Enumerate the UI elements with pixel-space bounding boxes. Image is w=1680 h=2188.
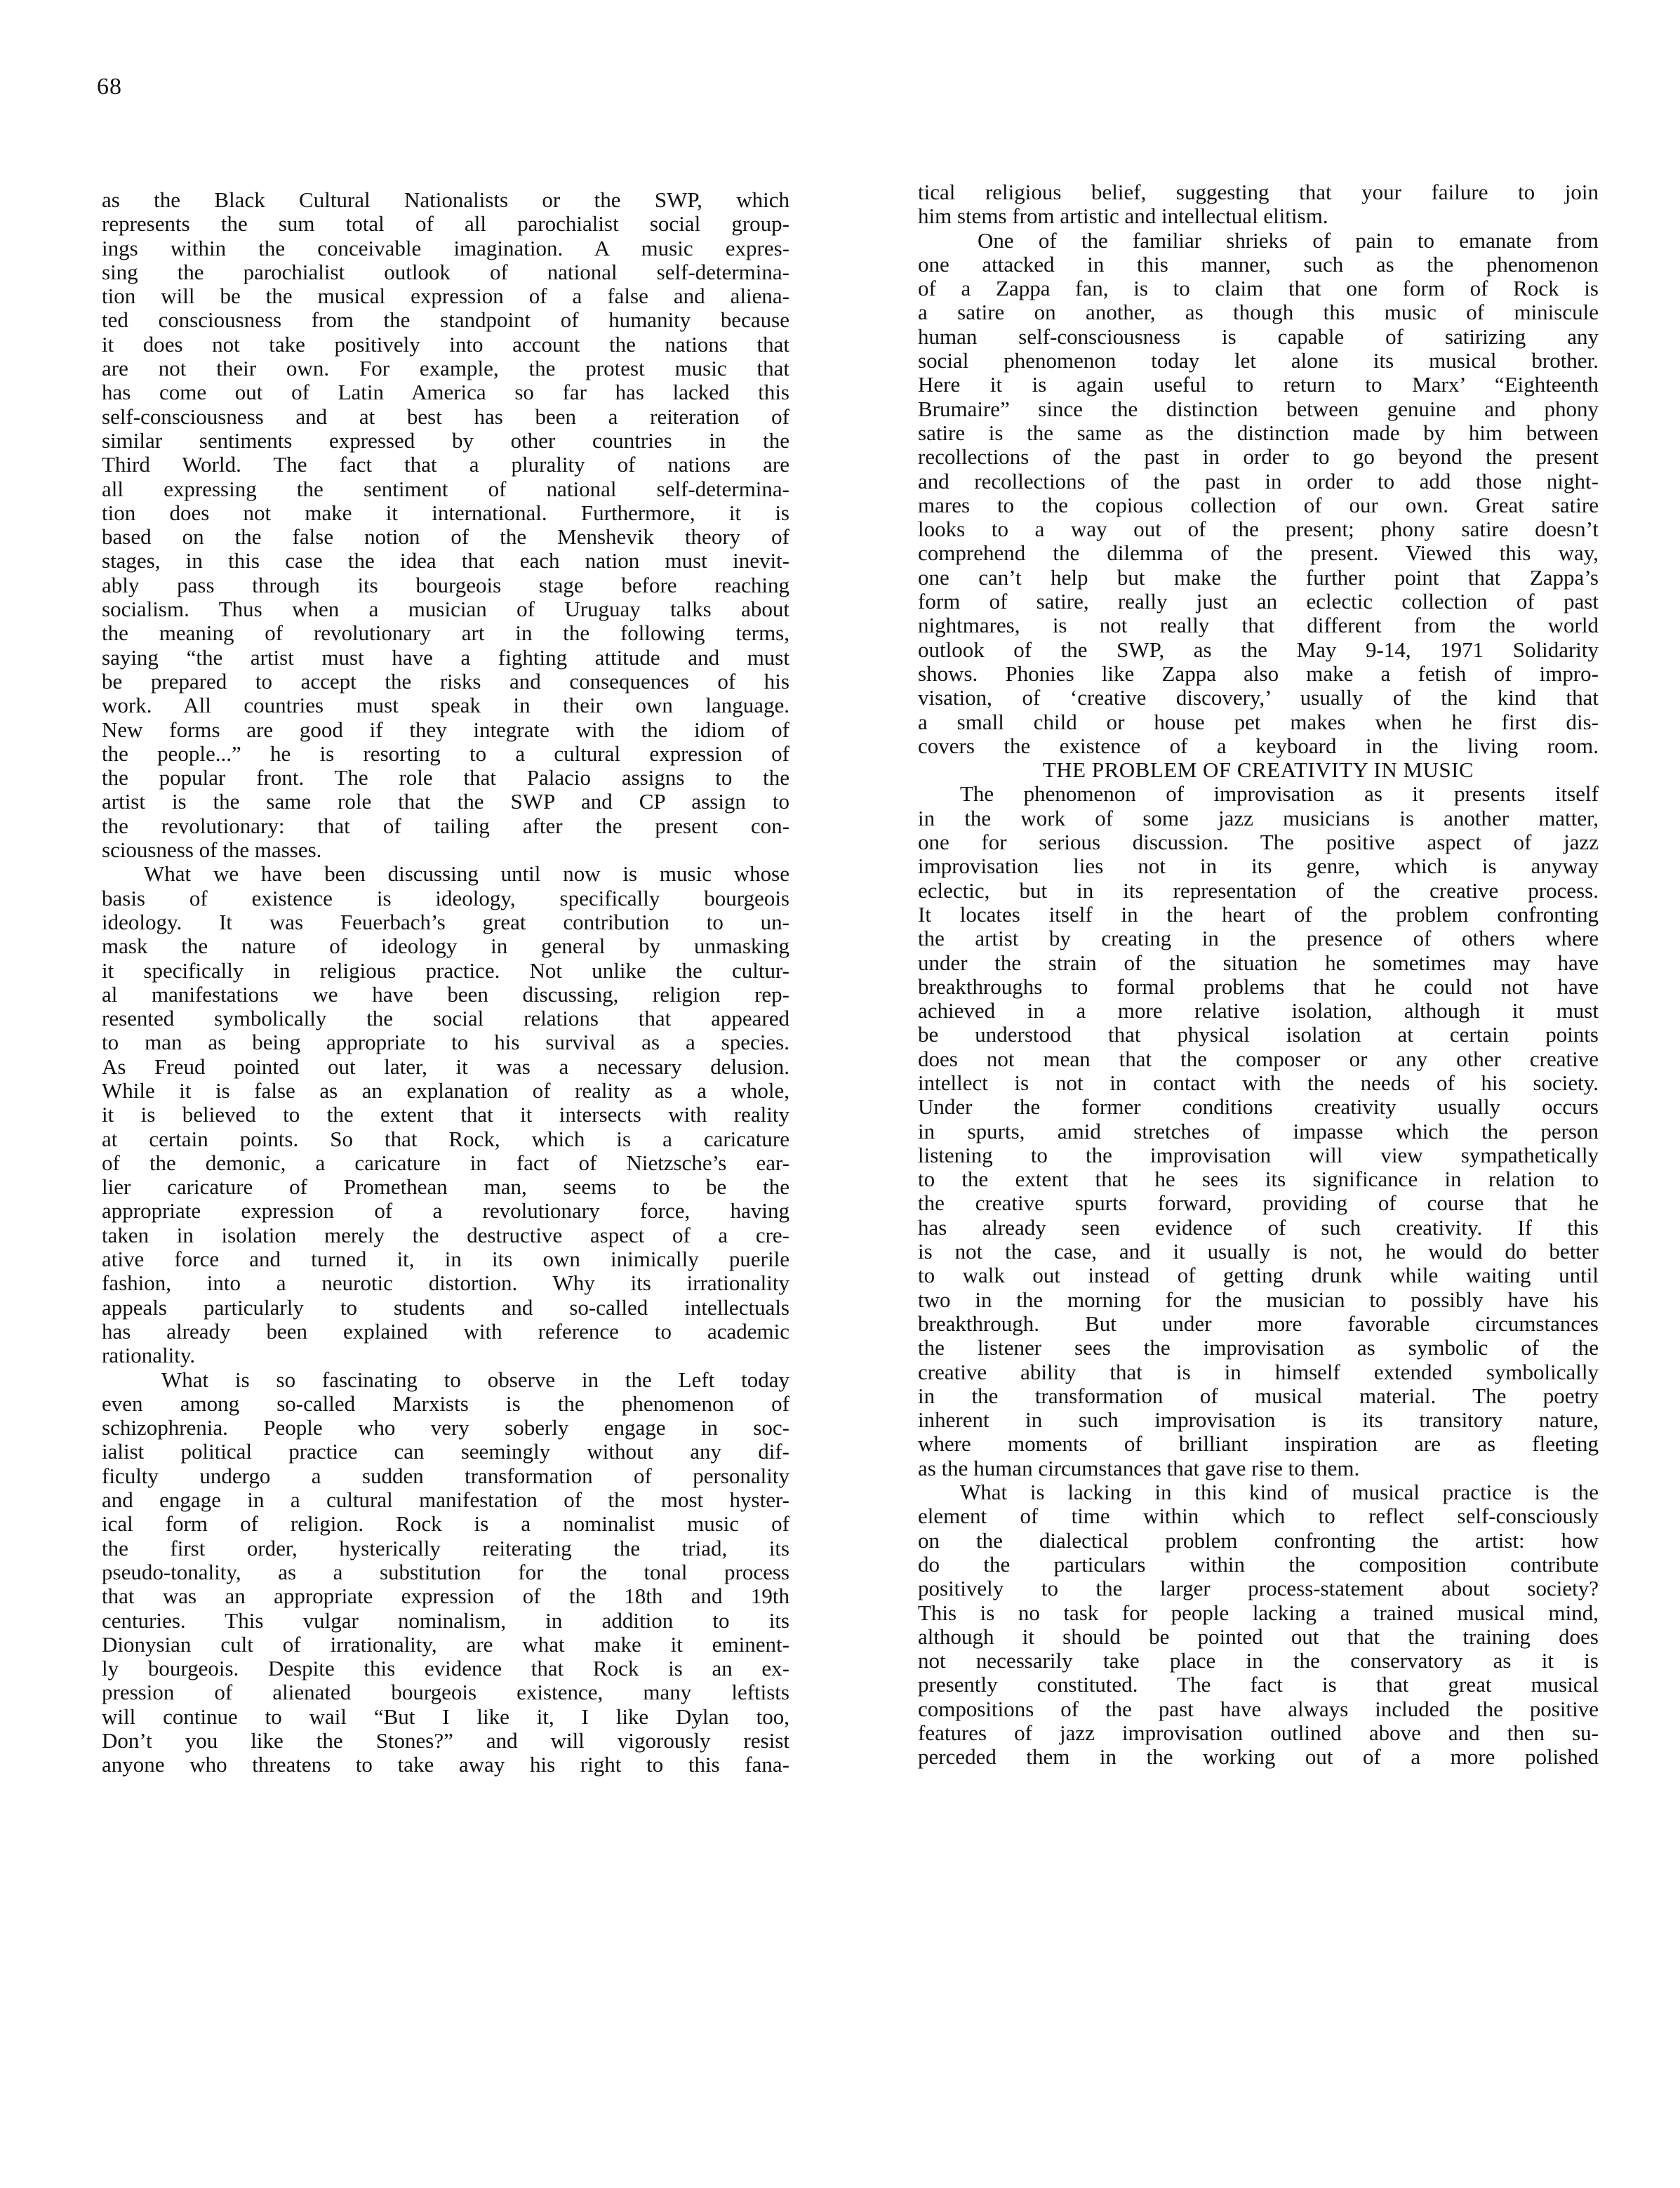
text-line: the first order, hysterically reiteratin… <box>102 1537 789 1560</box>
text-line: a small child or house pet makes when he… <box>918 710 1599 734</box>
text-line: form of satire, really just an eclectic … <box>918 590 1599 614</box>
text-line: although it should be pointed out that t… <box>918 1625 1599 1649</box>
text-line: ably pass through its bourgeois stage be… <box>102 573 789 597</box>
text-line: has come out of Latin America so far has… <box>102 380 789 404</box>
text-line: tion will be the musical expression of a… <box>102 284 789 308</box>
text-line: ical form of religion. Rock is a nominal… <box>102 1512 789 1536</box>
text-line: appeals particularly to students and so-… <box>102 1296 789 1320</box>
text-line: two in the morning for the musician to p… <box>918 1288 1599 1312</box>
text-line: ted consciousness from the standpoint of… <box>102 308 789 332</box>
right-text-column: tical religious belief, suggesting that … <box>918 180 1599 1770</box>
text-line: lier caricature of Promethean man, seems… <box>102 1175 789 1199</box>
text-line: the people...” he is resorting to a cult… <box>102 742 789 766</box>
text-line: in the work of some jazz musicians is an… <box>918 807 1599 830</box>
text-line: Don’t you like the Stones?” and will vig… <box>102 1729 789 1753</box>
text-line: Here it is again useful to return to Mar… <box>918 373 1599 397</box>
text-line: anyone who threatens to take away his ri… <box>102 1753 789 1777</box>
text-line: eclectic, but in its representation of t… <box>918 879 1599 903</box>
text-line: tical religious belief, suggesting that … <box>918 180 1599 204</box>
text-line: the popular front. The role that Palacio… <box>102 766 789 790</box>
text-line: work. All countries must speak in their … <box>102 694 789 717</box>
text-line: listening to the improvisation will view… <box>918 1143 1599 1167</box>
text-line: tion does not make it international. Fur… <box>102 501 789 525</box>
text-line: resented symbolically the social relatio… <box>102 1007 789 1030</box>
text-line: pression of alienated bourgeois existenc… <box>102 1680 789 1704</box>
text-line: One of the familiar shrieks of pain to e… <box>918 229 1599 253</box>
text-line: human self-consciousness is capable of s… <box>918 325 1599 349</box>
text-line: nightmares, is not really that different… <box>918 614 1599 637</box>
text-line: breakthroughs to formal problems that he… <box>918 975 1599 999</box>
text-line: element of time within which to reflect … <box>918 1504 1599 1528</box>
text-line: as the human circumstances that gave ris… <box>918 1457 1599 1480</box>
text-line: Under the former conditions creativity u… <box>918 1095 1599 1119</box>
text-line: saying “the artist must have a fighting … <box>102 646 789 670</box>
text-line: not necessarily take place in the conser… <box>918 1649 1599 1673</box>
text-line: self-consciousness and at best has been … <box>102 405 789 429</box>
text-line: it is believed to the extent that it int… <box>102 1103 789 1127</box>
text-line: in spurts, amid stretches of impasse whi… <box>918 1120 1599 1143</box>
text-line: ialist political practice can seemingly … <box>102 1440 789 1464</box>
text-line: covers the existence of a keyboard in th… <box>918 734 1599 758</box>
text-line: at certain points. So that Rock, which i… <box>102 1127 789 1151</box>
text-line: it specifically in religious practice. N… <box>102 959 789 983</box>
text-line: centuries. This vulgar nominalism, in ad… <box>102 1609 789 1633</box>
text-line: breakthrough. But under more favorable c… <box>918 1312 1599 1336</box>
text-line: perceded them in the working out of a mo… <box>918 1745 1599 1769</box>
text-line: intellect is not in contact with the nee… <box>918 1071 1599 1095</box>
text-line: similar sentiments expressed by other co… <box>102 429 789 453</box>
text-line: be prepared to accept the risks and cons… <box>102 670 789 694</box>
text-line: to walk out instead of getting drunk whi… <box>918 1264 1599 1287</box>
text-line: sciousness of the masses. <box>102 838 789 862</box>
text-line: the creative spurts forward, providing o… <box>918 1191 1599 1215</box>
text-line: of a Zappa fan, is to claim that one for… <box>918 277 1599 300</box>
left-text-column: as the Black Cultural Nationalists or th… <box>102 188 789 1777</box>
text-line: and recollections of the past in order t… <box>918 470 1599 493</box>
text-line: one attacked in this manner, such as the… <box>918 253 1599 277</box>
text-line: the listener sees the improvisation as s… <box>918 1336 1599 1360</box>
text-line: outlook of the SWP, as the May 9-14, 197… <box>918 638 1599 662</box>
text-line: improvisation lies not in its genre, whi… <box>918 854 1599 878</box>
text-line: the artist by creating in the presence o… <box>918 927 1599 950</box>
text-line: shows. Phonies like Zappa also make a fe… <box>918 662 1599 686</box>
text-line: mask the nature of ideology in general b… <box>102 934 789 958</box>
text-line: ings within the conceivable imagination.… <box>102 237 789 260</box>
text-line: and engage in a cultural manifestation o… <box>102 1488 789 1512</box>
text-line: New forms are good if they integrate wit… <box>102 718 789 742</box>
text-line: satire is the same as the distinction ma… <box>918 421 1599 445</box>
text-line: visation, of ‘creative discovery,’ usual… <box>918 686 1599 710</box>
text-line: While it is false as an explanation of r… <box>102 1079 789 1103</box>
text-line: inherent in such improvisation is its tr… <box>918 1408 1599 1432</box>
text-line: recollections of the past in order to go… <box>918 445 1599 469</box>
text-line: ative force and turned it, in its own in… <box>102 1247 789 1271</box>
text-line: As Freud pointed out later, it was a nec… <box>102 1055 789 1079</box>
section-heading: THE PROBLEM OF CREATIVITY IN MUSIC <box>918 758 1599 782</box>
text-line: rationality. <box>102 1344 789 1367</box>
text-line: a satire on another, as though this musi… <box>918 300 1599 324</box>
text-line: based on the false notion of the Menshev… <box>102 525 789 549</box>
text-line: stages, in this case the idea that each … <box>102 549 789 573</box>
text-line: even among so-called Marxists is the phe… <box>102 1392 789 1416</box>
text-line: social phenomenon today let alone its mu… <box>918 349 1599 373</box>
text-line: to man as being appropriate to his survi… <box>102 1030 789 1054</box>
text-line: the revolutionary: that of tailing after… <box>102 814 789 838</box>
text-line: where moments of brilliant inspiration a… <box>918 1432 1599 1456</box>
text-line: will continue to wail “But I like it, I … <box>102 1705 789 1729</box>
text-line: ly bourgeois. Despite this evidence that… <box>102 1657 789 1680</box>
text-line: artist is the same role that the SWP and… <box>102 790 789 814</box>
text-line: one for serious discussion. The positive… <box>918 830 1599 854</box>
text-line: under the strain of the situation he som… <box>918 951 1599 975</box>
text-line: Third World. The fact that a plurality o… <box>102 453 789 477</box>
text-line: is not the case, and it usually is not, … <box>918 1240 1599 1264</box>
text-line: represents the sum total of all parochia… <box>102 212 789 236</box>
text-line: basis of existence is ideology, specific… <box>102 887 789 910</box>
text-line: presently constituted. The fact is that … <box>918 1673 1599 1697</box>
text-line: taken in isolation merely the destructiv… <box>102 1224 789 1247</box>
text-line: be understood that physical isolation at… <box>918 1023 1599 1047</box>
page-number: 68 <box>97 74 122 100</box>
text-line: It locates itself in the heart of the pr… <box>918 903 1599 927</box>
text-line: What is lacking in this kind of musical … <box>918 1480 1599 1504</box>
text-line: What we have been discussing until now i… <box>102 862 789 886</box>
text-line: sing the parochialist outlook of nationa… <box>102 260 789 284</box>
text-line: ficulty undergo a sudden transformation … <box>102 1464 789 1488</box>
text-line: do the particulars within the compositio… <box>918 1553 1599 1577</box>
text-line: Brumaire” since the distinction between … <box>918 397 1599 421</box>
text-line: has already seen evidence of such creati… <box>918 1216 1599 1240</box>
text-line: pseudo-tonality, as a substitution for t… <box>102 1560 789 1584</box>
text-line: mares to the copious collection of our o… <box>918 493 1599 517</box>
text-line: This is no task for people lacking a tra… <box>918 1601 1599 1625</box>
text-line: that was an appropriate expression of th… <box>102 1584 789 1608</box>
text-line: appropriate expression of a revolutionar… <box>102 1199 789 1223</box>
text-line: does not mean that the composer or any o… <box>918 1047 1599 1071</box>
text-line: features of jazz improvisation outlined … <box>918 1721 1599 1745</box>
text-line: as the Black Cultural Nationalists or th… <box>102 188 789 212</box>
text-line: of the demonic, a caricature in fact of … <box>102 1151 789 1175</box>
text-line: the meaning of revolutionary art in the … <box>102 621 789 645</box>
text-line: socialism. Thus when a musician of Urugu… <box>102 597 789 621</box>
text-line: achieved in a more relative isolation, a… <box>918 999 1599 1023</box>
text-line: positively to the larger process-stateme… <box>918 1577 1599 1600</box>
text-line: creative ability that is in himself exte… <box>918 1360 1599 1384</box>
text-line: fashion, into a neurotic distortion. Why… <box>102 1271 789 1295</box>
text-line: schizophrenia. People who very soberly e… <box>102 1416 789 1440</box>
text-line: in the transformation of musical materia… <box>918 1384 1599 1408</box>
text-line: are not their own. For example, the prot… <box>102 357 789 380</box>
text-line: al manifestations we have been discussin… <box>102 983 789 1007</box>
text-line: him stems from artistic and intellectual… <box>918 204 1599 228</box>
text-line: ideology. It was Feuerbach’s great contr… <box>102 910 789 934</box>
text-line: comprehend the dilemma of the present. V… <box>918 541 1599 565</box>
text-line: on the dialectical problem confronting t… <box>918 1529 1599 1553</box>
text-line: has already been explained with referenc… <box>102 1320 789 1344</box>
text-line: all expressing the sentiment of national… <box>102 477 789 501</box>
text-line: Dionysian cult of irrationality, are wha… <box>102 1633 789 1657</box>
text-line: The phenomenon of improvisation as it pr… <box>918 782 1599 806</box>
text-line: one can’t help but make the further poin… <box>918 566 1599 590</box>
text-line: it does not take positively into account… <box>102 333 789 357</box>
text-line: What is so fascinating to observe in the… <box>102 1368 789 1392</box>
text-line: looks to a way out of the present; phony… <box>918 517 1599 541</box>
text-line: to the extent that he sees its significa… <box>918 1167 1599 1191</box>
text-line: compositions of the past have always inc… <box>918 1697 1599 1721</box>
